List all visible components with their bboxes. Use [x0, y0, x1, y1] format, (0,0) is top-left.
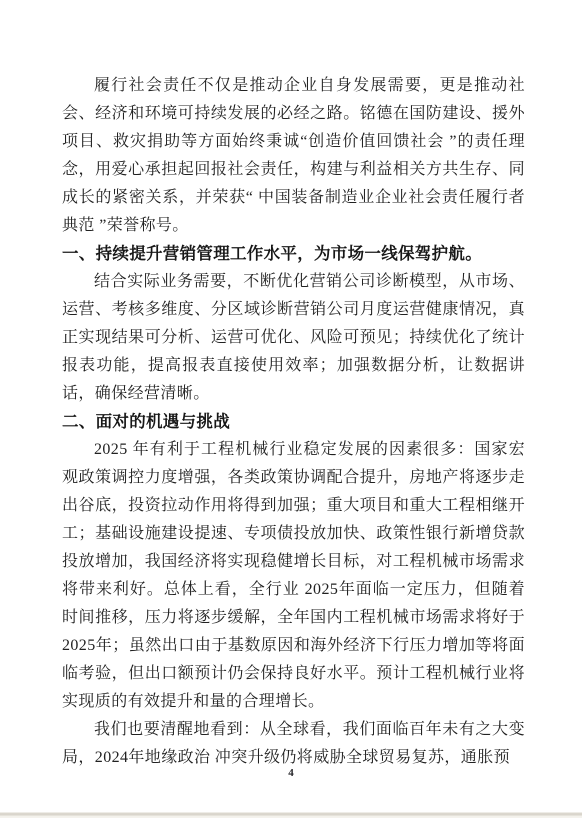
paragraph-social-responsibility: 履行社会责任不仅是推动企业自身发展需要，更是推动社会、经济和环境可持续发展的必经…	[62, 72, 525, 240]
heading-section-2: 二、面对的机遇与挑战	[62, 408, 525, 436]
document-content: 履行社会责任不仅是推动企业自身发展需要，更是推动社会、经济和环境可持续发展的必经…	[62, 72, 525, 772]
heading-section-1: 一、持续提升营销管理工作水平，为市场一线保驾护航。	[62, 240, 525, 268]
paragraph-marketing-management: 结合实际业务需要，不断优化营销公司诊断模型，从市场、运营、考核多维度、分区域诊断…	[62, 268, 525, 408]
page-bottom-edge	[0, 811, 582, 818]
document-page: 履行社会责任不仅是推动企业自身发展需要，更是推动社会、经济和环境可持续发展的必经…	[0, 0, 582, 818]
paragraph-global-risks: 我们也要清醒地看到：从全球看，我们面临百年未有之大变局，2024年地缘政治 冲突…	[62, 716, 525, 772]
paragraph-industry-outlook: 2025 年有利于工程机械行业稳定发展的因素很多：国家宏观政策调控力度增强，各类…	[62, 436, 525, 716]
page-number: 4	[0, 766, 582, 780]
